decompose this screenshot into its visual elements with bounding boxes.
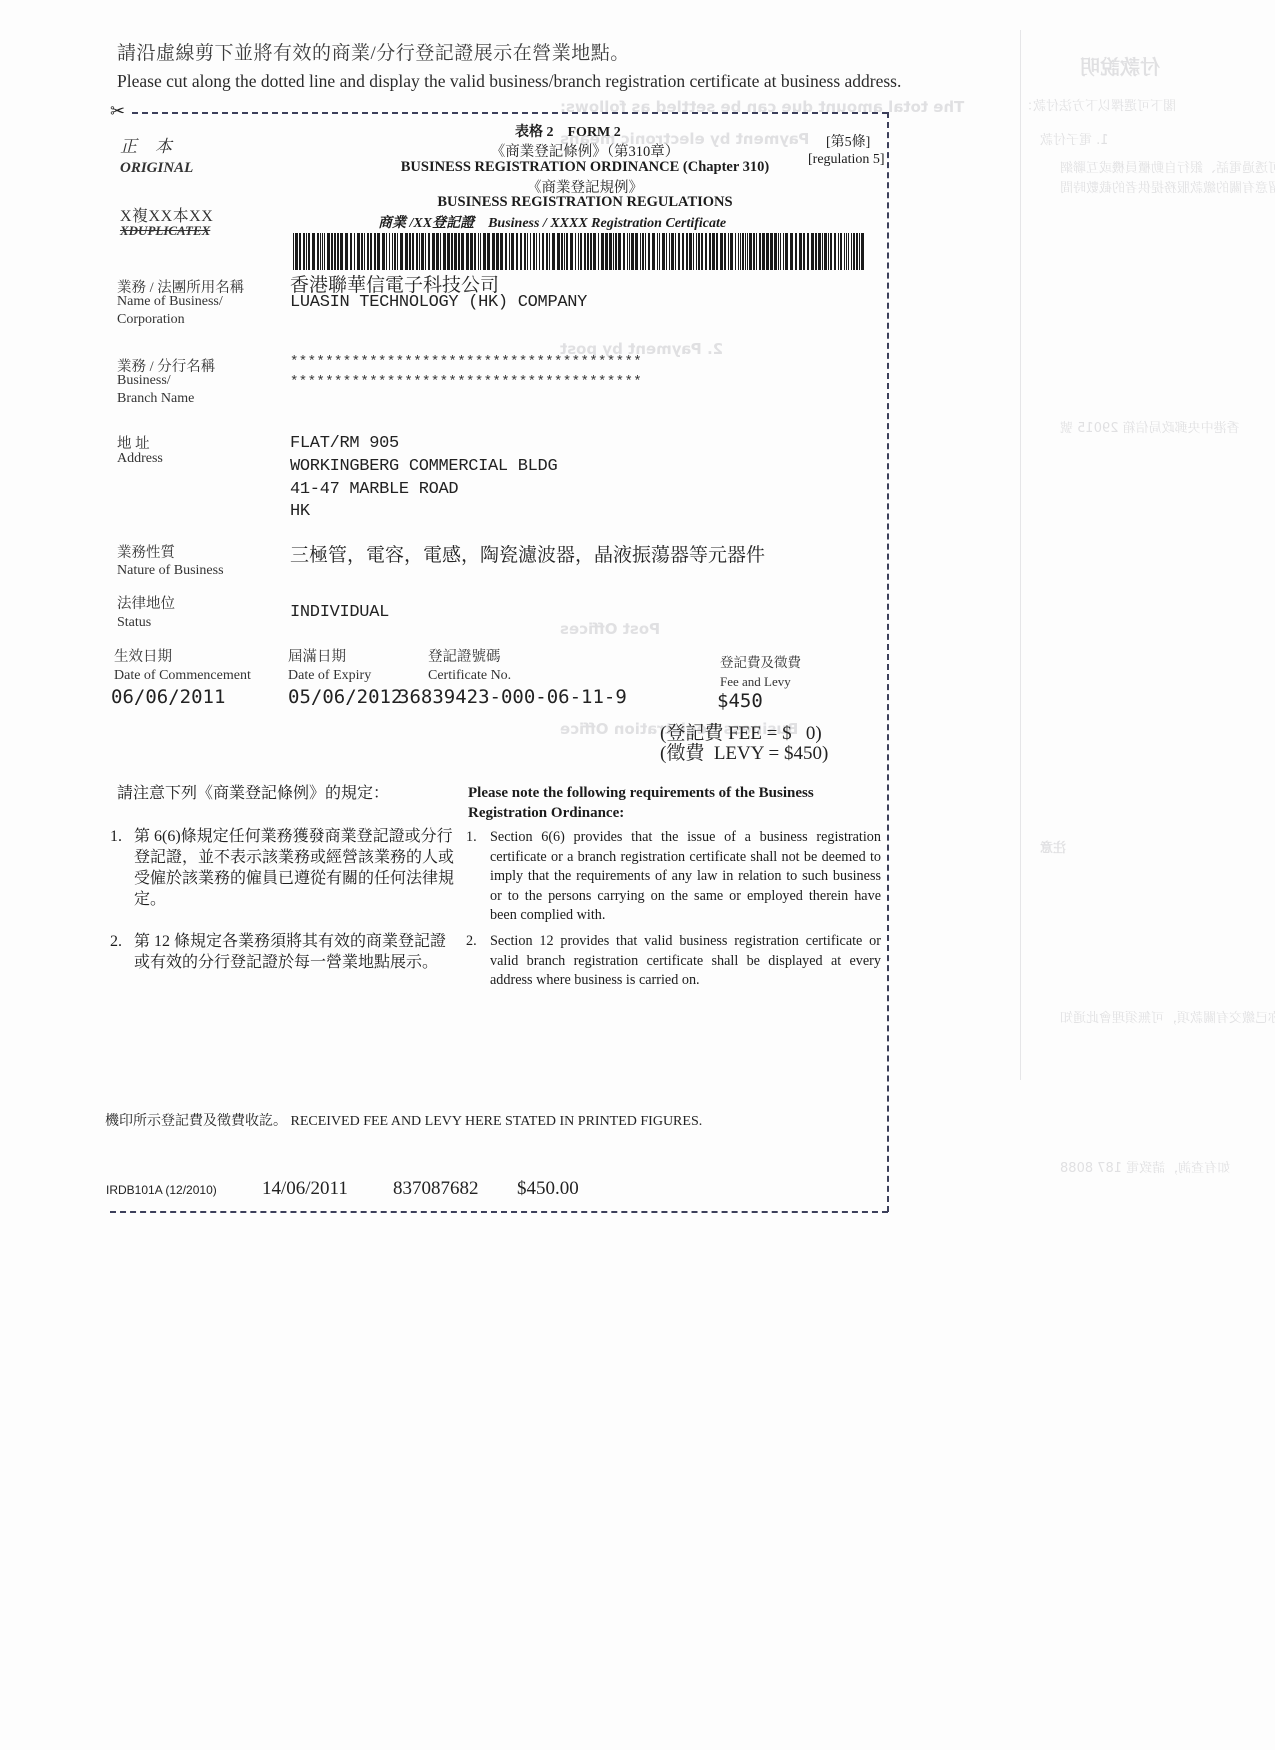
receipt-number: 837087682 xyxy=(393,1178,479,1200)
address-line-1: FLAT/RM 905 xyxy=(290,434,399,453)
certificate-number: 36839423-000-06-11-9 xyxy=(398,686,627,708)
expiry-label-en: Date of Expiry xyxy=(288,667,371,685)
note-text-zh: 第 6(6)條規定任何業務獲發商業登記證或分行登記證，並不表示該業務或經營該業務… xyxy=(134,826,455,910)
note-number: 2. xyxy=(110,931,134,973)
cut-line-right xyxy=(887,112,889,1212)
original-label-en: ORIGINAL xyxy=(120,160,193,177)
note-text-zh: 第 12 條規定各業務須將其有效的商業登記證或有效的分行登記證於每一營業地點展示… xyxy=(134,931,455,973)
note-text-en: Section 6(6) provides that the issue of … xyxy=(490,828,881,926)
cut-line-top xyxy=(132,112,888,114)
status-value: INDIVIDUAL xyxy=(290,603,389,622)
levy-breakdown: (徵費 LEVY = $450) xyxy=(660,738,828,765)
show-through-text: 香港中央郵政局信箱 29015 號 xyxy=(1060,420,1240,438)
notes-heading-zh: 請注意下列《商業登記條例》的規定： xyxy=(117,780,389,803)
note-item-en: 2. Section 12 provides that valid busine… xyxy=(466,932,881,991)
show-through-text: 閣下可選擇以下方法付款： xyxy=(1020,98,1176,116)
business-name-label-en: Name of Business/ xyxy=(117,293,223,311)
commencement-date: 06/06/2011 xyxy=(111,686,225,708)
duplicate-label-en-struck: XDUPLICATEX xyxy=(120,223,210,239)
nature-label-zh: 業務性質 xyxy=(117,541,175,562)
business-name-label-en-2: Corporation xyxy=(117,311,185,329)
regulation-ref-en: [regulation 5] xyxy=(808,152,885,168)
regulations-title-en: BUSINESS REGISTRATION REGULATIONS xyxy=(370,194,800,211)
show-through-text: 如有查詢，請致電 187 8088 xyxy=(1060,1160,1230,1178)
certificate-title: 商業 /XX登記證 Business / XXXX Registration C… xyxy=(378,212,726,232)
barcode xyxy=(293,233,865,270)
commencement-label-en: Date of Commencement xyxy=(114,667,251,685)
form-code: IRDB101A (12/2010) xyxy=(106,1183,217,1197)
show-through-text: 如你已繳交有關款項，可無須理會此通知 xyxy=(1060,1010,1275,1028)
receipt-statement: 機印所示登記費及徵費收訖。 RECEIVED FEE AND LEVY HERE… xyxy=(105,1110,702,1130)
certificate-no-label-en: Certificate No. xyxy=(428,667,511,685)
ordinance-title-zh: 《商業登記條例》（第310章） xyxy=(370,140,800,161)
certificate-no-label-zh: 登記證號碼 xyxy=(428,645,501,666)
address-line-2: WORKINGBERG COMMERCIAL BLDG xyxy=(290,457,557,476)
commencement-label-zh: 生效日期 xyxy=(114,645,172,666)
fee-levy-label-en: Fee and Levy xyxy=(720,673,791,691)
receipt-date: 14/06/2011 xyxy=(262,1178,348,1200)
cut-line-bottom xyxy=(110,1211,888,1213)
business-name-en: LUASIN TECHNOLOGY (HK) COMPANY xyxy=(290,293,587,312)
show-through-divider xyxy=(1020,30,1022,1080)
cut-instruction-en: Please cut along the dotted line and dis… xyxy=(117,71,901,92)
branch-name-label-en: Business/ xyxy=(117,372,171,390)
note-number: 1. xyxy=(110,826,134,910)
branch-name-value-2: **************************************** xyxy=(290,374,642,390)
status-label-en: Status xyxy=(117,614,151,632)
note-item-zh: 2. 第 12 條規定各業務須將其有效的商業登記證或有效的分行登記證於每一營業地… xyxy=(110,931,455,973)
show-through-text: Post Offices xyxy=(560,620,660,638)
receipt-amount: $450.00 xyxy=(517,1178,579,1200)
fee-levy-total: $450 xyxy=(717,690,763,712)
expiry-label-zh: 屆滿日期 xyxy=(288,645,346,666)
notes-heading-en: Please note the following requirements o… xyxy=(468,783,888,823)
note-item-zh: 1. 第 6(6)條規定任何業務獲發商業登記證或分行登記證，並不表示該業務或經營… xyxy=(110,826,455,910)
nature-label-en: Nature of Business xyxy=(117,562,224,580)
form-number: 表格 2 FORM 2 xyxy=(515,121,875,141)
status-label-zh: 法律地位 xyxy=(117,592,175,613)
address-line-4: HK xyxy=(290,502,310,521)
cut-instruction-zh: 請沿虛線剪下並將有效的商業/分行登記證展示在營業地點。 xyxy=(117,38,630,65)
scissors-icon: ✂ xyxy=(110,101,125,122)
expiry-date: 05/06/2012 xyxy=(288,686,402,708)
note-text-en: Section 12 provides that valid business … xyxy=(490,932,881,991)
note-number: 1. xyxy=(466,828,490,926)
nature-value: 三極管，電容，電感，陶瓷濾波器，晶液振蕩器等元器件 xyxy=(290,540,765,567)
show-through-text: 1. 電子付款 xyxy=(1040,132,1109,150)
original-label-zh: 正本 xyxy=(120,132,190,157)
note-number: 2. xyxy=(466,932,490,991)
show-through-text: 付款說明 xyxy=(1080,58,1160,76)
show-through-text: 你可透過電話、銀行自動櫃員機或互聯網 xyxy=(1060,160,1275,178)
branch-name-label-en-2: Branch Name xyxy=(117,390,194,408)
address-label-en: Address xyxy=(117,450,163,468)
show-through-text: 留意有關的繳款服務提供者的截數時間 xyxy=(1060,180,1275,198)
regulation-ref-zh: [第5條] xyxy=(826,131,870,151)
address-line-3: 41-47 MARBLE ROAD xyxy=(290,480,458,499)
fee-levy-label-zh: 登記費及徵費 xyxy=(720,651,801,671)
show-through-text: 注意 xyxy=(1040,840,1066,858)
note-item-en: 1. Section 6(6) provides that the issue … xyxy=(466,828,881,926)
ordinance-title-en: BUSINESS REGISTRATION ORDINANCE (Chapter… xyxy=(370,159,800,176)
branch-name-value: **************************************** xyxy=(290,354,642,370)
